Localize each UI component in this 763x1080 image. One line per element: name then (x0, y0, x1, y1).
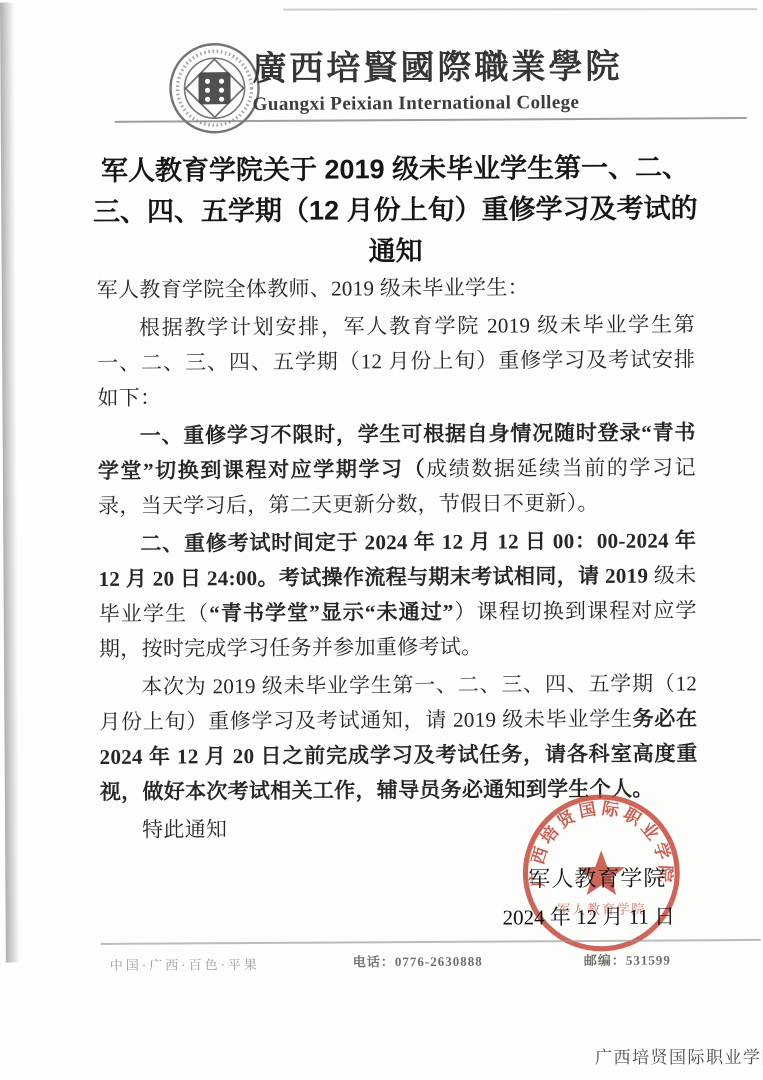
footer-location: 中国·广西·百色·平果 (110, 954, 260, 974)
scan-content: 廣西培賢國際職業學院 Guangxi Peixian International… (0, 0, 763, 1080)
notice-title: 军人教育学院关于 2019 级未毕业学生第一、二、三、四、五学期（12 月份上旬… (89, 147, 702, 274)
paragraph: 根据教学计划安排，军人教育学院 2019 级未毕业学生第一、二、三、四、五学期（… (97, 307, 696, 416)
notice-body: 军人教育学院全体教师、2019 级未毕业学生： 根据教学计划安排，军人教育学院 … (97, 269, 699, 851)
signature-date: 2024 年 12 月 11 日 (503, 900, 693, 931)
paragraph: 本次为 2019 级未毕业学生第一、二、三、四、五学期（12 月份上旬）重修学习… (99, 666, 698, 810)
paragraph-run: 本次为 2019 级未毕业学生第一、二、三、四、五学期（12 月份上旬）重修学习… (99, 671, 697, 734)
paragraph-run: 二、重修考试时间定于 2024 年 12 月 12 日 00：00-2024 年… (98, 528, 696, 591)
watermark-college-name: 广西培贤国际职业学院 (595, 1043, 763, 1068)
signature-department: 军人教育学院 (528, 861, 668, 893)
scan-edge-shadow (0, 2, 20, 962)
paragraph-run: “青书学堂”显示“未通过” (209, 600, 454, 625)
college-name-en: Guangxi Peixian International College (253, 92, 633, 116)
scanned-notice-page: 廣西培賢國際職業學院 Guangxi Peixian International… (0, 0, 763, 1080)
paragraph: 二、重修考试时间定于 2024 年 12 月 12 日 00：00-2024 年… (98, 523, 697, 667)
footer-phone: 电话：0776-2630888 (353, 951, 483, 971)
scan-artifact-line (283, 8, 757, 10)
letterhead: 廣西培賢國際職業學院 Guangxi Peixian International… (252, 39, 632, 116)
salutation: 军人教育学院全体教师、2019 级未毕业学生： (97, 269, 695, 308)
college-name-zh: 廣西培賢國際職業學院 (252, 39, 632, 90)
paragraph-run: 根据教学计划安排，军人教育学院 2019 级未毕业学生第一、二、三、四、五学期（… (97, 312, 695, 410)
body-paragraphs: 根据教学计划安排，军人教育学院 2019 级未毕业学生第一、二、三、四、五学期（… (97, 307, 698, 810)
paragraph: 一、重修学习不限时，学生可根据自身情况随时登录“青书学堂”切换到课程对应学期学习… (98, 415, 697, 524)
footer-postcode: 邮编：531599 (584, 949, 671, 969)
